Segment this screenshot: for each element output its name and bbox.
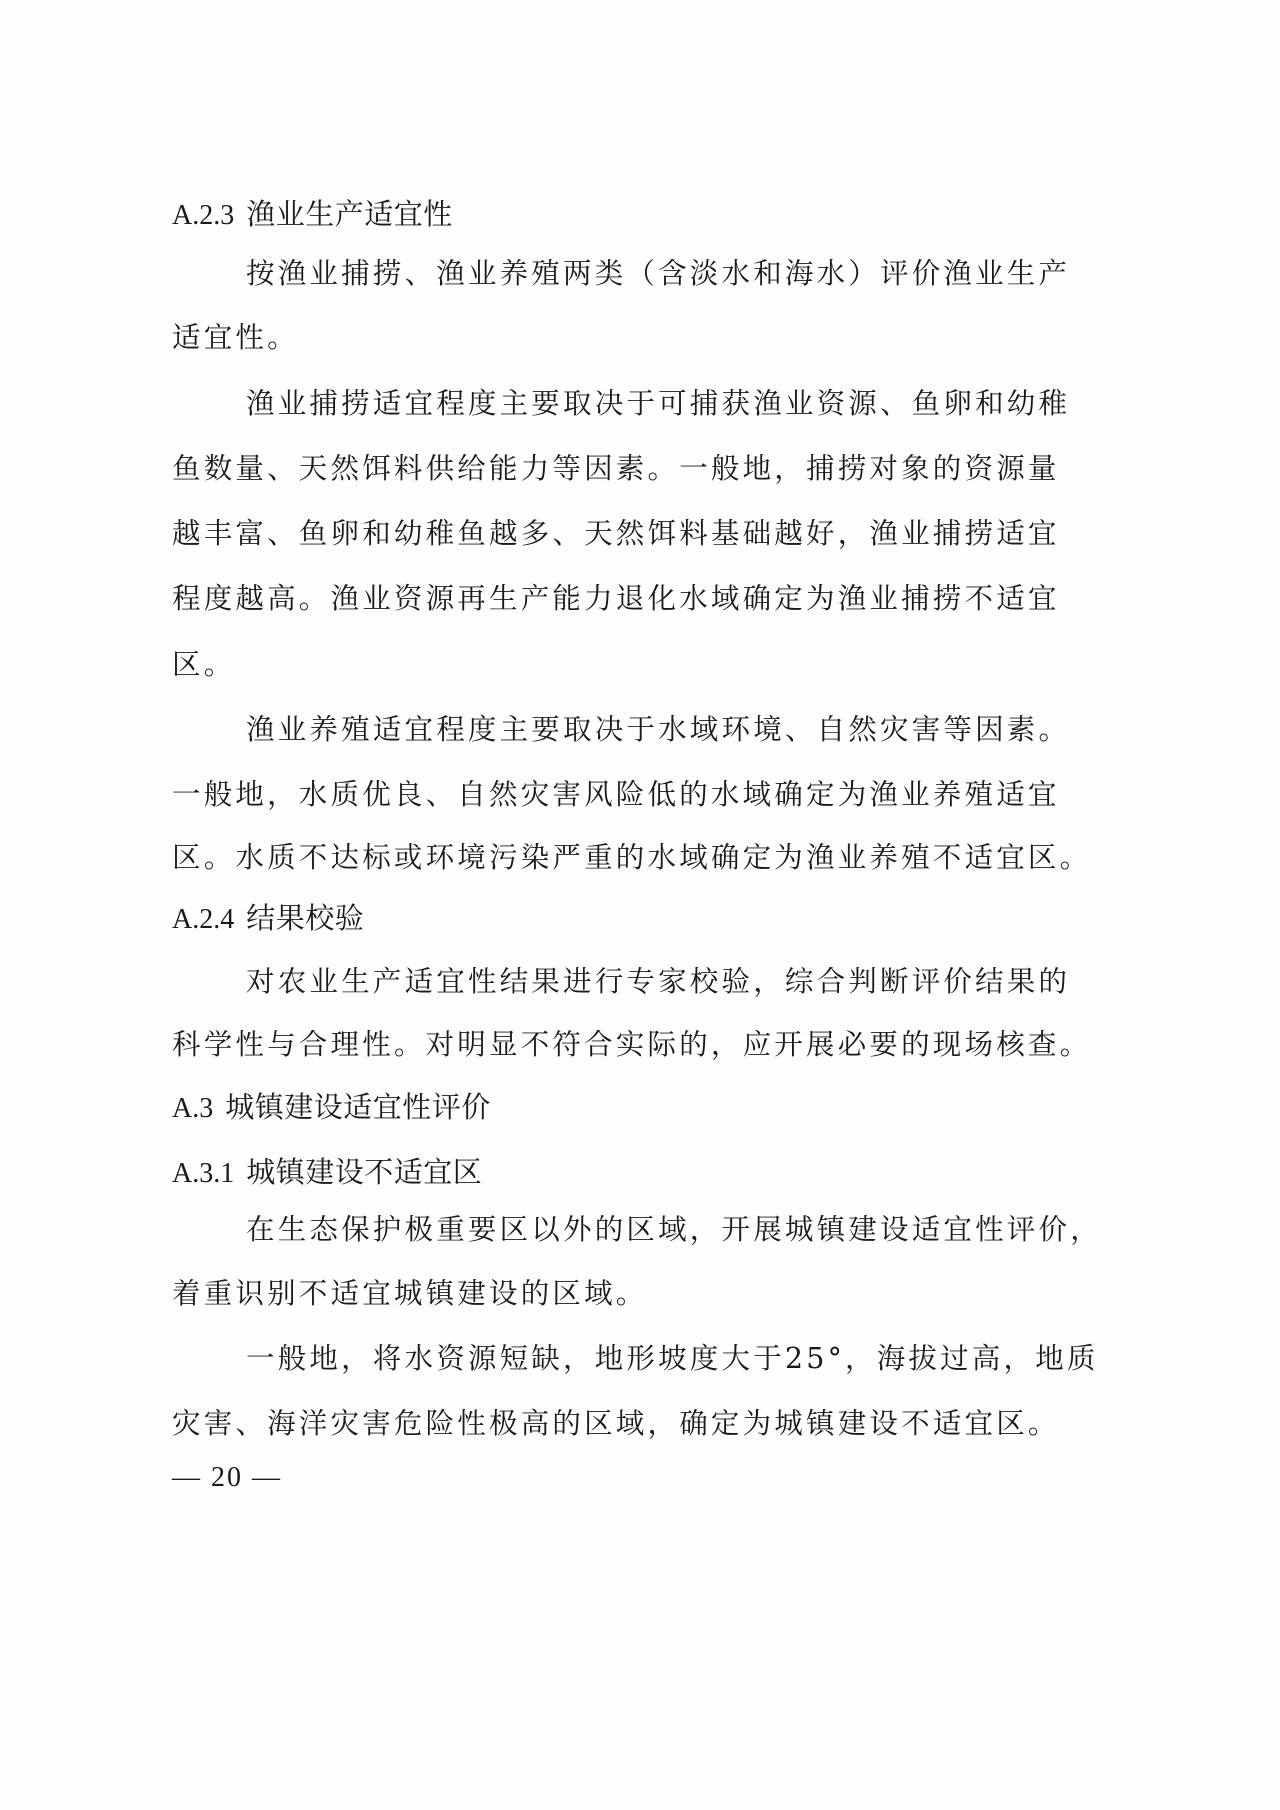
document-page: A.2.3渔业生产适宜性 按渔业捕捞、渔业养殖两类（含淡水和海水）评价渔业生产 … <box>0 0 1280 1810</box>
section-title: 城镇建设适宜性评价 <box>225 1090 491 1124</box>
paragraph-line: 一般地，将水资源短缺，地形坡度大于25°，海拔过高，地质 <box>246 1339 1176 1379</box>
section-title: 结果校验 <box>246 901 364 935</box>
section-heading-a23: A.2.3渔业生产适宜性 <box>172 194 1102 236</box>
paragraph-line: 鱼数量、天然饵料供给能力等因素。一般地，捕捞对象的资源量 <box>172 449 1102 489</box>
page-number: — 20 — <box>172 1462 282 1494</box>
paragraph-line: 按渔业捕捞、渔业养殖两类（含淡水和海水）评价渔业生产 <box>246 254 1176 294</box>
paragraph-line: 对农业生产适宜性结果进行专家校验，综合判断评价结果的 <box>246 962 1176 1002</box>
paragraph-line: 区。 <box>172 645 1102 685</box>
section-number: A.2.4 <box>172 904 234 935</box>
paragraph-line: 着重识别不适宜城镇建设的区域。 <box>172 1274 1102 1314</box>
section-number: A.3.1 <box>172 1158 234 1189</box>
paragraph-line: 在生态保护极重要区以外的区域，开展城镇建设适宜性评价， <box>246 1210 1176 1250</box>
section-title: 城镇建设不适宜区 <box>246 1155 482 1189</box>
section-heading-a24: A.2.4结果校验 <box>172 898 1102 940</box>
paragraph-line: 一般地，水质优良、自然灾害风险低的水域确定为渔业养殖适宜 <box>172 775 1102 815</box>
paragraph-line: 越丰富、鱼卵和幼稚鱼越多、天然饵料基础越好，渔业捕捞适宜 <box>172 514 1102 554</box>
paragraph-line: 区。水质不达标或环境污染严重的水域确定为渔业养殖不适宜区。 <box>172 838 1102 878</box>
paragraph-line: 灾害、海洋灾害危险性极高的区域，确定为城镇建设不适宜区。 <box>172 1404 1102 1444</box>
paragraph-line: 渔业捕捞适宜程度主要取决于可捕获渔业资源、鱼卵和幼稚 <box>246 384 1176 424</box>
section-number: A.2.3 <box>172 200 234 231</box>
section-title: 渔业生产适宜性 <box>246 197 453 231</box>
paragraph-line: 渔业养殖适宜程度主要取决于水域环境、自然灾害等因素。 <box>246 710 1176 750</box>
section-heading-a31: A.3.1城镇建设不适宜区 <box>172 1152 1102 1194</box>
paragraph-line: 科学性与合理性。对明显不符合实际的，应开展必要的现场核查。 <box>172 1025 1102 1065</box>
paragraph-line: 程度越高。渔业资源再生产能力退化水域确定为渔业捕捞不适宜 <box>172 579 1102 619</box>
paragraph-line: 适宜性。 <box>172 318 1102 358</box>
section-number: A.3 <box>172 1093 213 1124</box>
section-heading-a3: A.3城镇建设适宜性评价 <box>172 1087 1102 1129</box>
